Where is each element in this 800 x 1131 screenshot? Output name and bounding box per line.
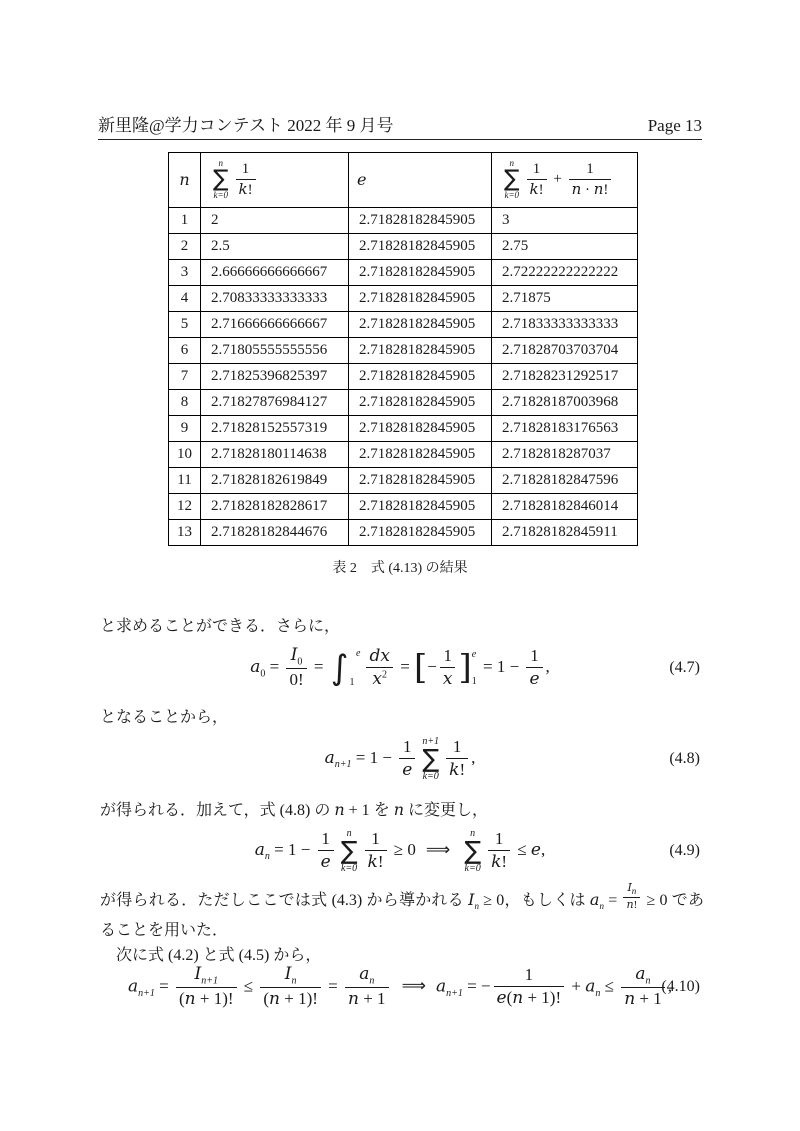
table-row: 42.708333333333332.718281828459052.71875 [169, 286, 638, 312]
col-header-n: n [169, 153, 201, 208]
text-run: となることから， [100, 709, 228, 726]
table-row: 102.718281801146382.718281828459052.7182… [169, 442, 638, 468]
table-cell: 2.71828152557319 [201, 416, 349, 442]
table-cell: 2.71828182844676 [201, 520, 349, 546]
table-cell: 2.71828182845905 [349, 390, 492, 416]
equation-4-8-body: an+1 = 1 − 1en+1∑k=01k!, [325, 736, 476, 782]
table-body: 122.71828182845905322.52.718281828459052… [169, 208, 638, 546]
results-table: n n∑k=01k! e n∑k=01k! + 1n · n! 122.7182… [168, 152, 638, 546]
table-row: 122.718281828286172.718281828459052.7182… [169, 494, 638, 520]
table-cell: 2.71833333333333 [492, 312, 638, 338]
table-cell: 2.71828182845905 [349, 364, 492, 390]
inline-math-an-frac: an = Inn! ≥ 0 [590, 892, 668, 909]
table-caption: 表 2 式 (4.13) の結果 [100, 557, 700, 577]
table-header-row: n n∑k=01k! e n∑k=01k! + 1n · n! [169, 153, 638, 208]
table-cell: 2.71828182845905 [349, 468, 492, 494]
table-cell: 2.71828182845905 [349, 208, 492, 234]
table-cell: 2.71828182845905 [349, 234, 492, 260]
header-rule [98, 139, 702, 140]
table-cell: 5 [169, 312, 201, 338]
table-cell: 2.71828182845905 [349, 494, 492, 520]
table-cell: 7 [169, 364, 201, 390]
col-header-e: e [349, 153, 492, 208]
table-cell: 2.71828182845905 [349, 520, 492, 546]
equation-4-10-body: an+1 = In+1(n + 1)! ≤ In(n + 1)! = ann +… [128, 965, 672, 1010]
table-cell: 2.66666666666667 [201, 260, 349, 286]
table-row: 72.718253968253972.718281828459052.71828… [169, 364, 638, 390]
table-row: 62.718055555555562.718281828459052.71828… [169, 338, 638, 364]
table-cell: 2.5 [201, 234, 349, 260]
table-cell: 12 [169, 494, 201, 520]
var-e: e [357, 170, 366, 189]
paragraph-4: が得られる．ただしここでは式 (4.3) から導かれる In ≥ 0，もしくは … [100, 882, 704, 946]
equation-4-7-body: a0 = I00! = ∫e1dxx2 = [−1x]e1 = 1 − 1e, [250, 646, 550, 690]
table-row: 82.718278769841272.718281828459052.71828… [169, 390, 638, 416]
page-number: Page 13 [648, 116, 702, 136]
table-cell: 3 [492, 208, 638, 234]
col-header-partial-sum: n∑k=01k! [201, 153, 349, 208]
partial-sum-formula: n∑k=01k! [209, 171, 259, 187]
table-cell: 2.71825396825397 [201, 364, 349, 390]
table-row: 22.52.718281828459052.75 [169, 234, 638, 260]
running-head: 新里隆@学力コンテスト 2022 年 9 月号 Page 13 [98, 111, 702, 136]
table-cell: 8 [169, 390, 201, 416]
table-row: 32.666666666666672.718281828459052.72222… [169, 260, 638, 286]
table-cell: 2.70833333333333 [201, 286, 349, 312]
table-cell: 2.75 [492, 234, 638, 260]
text-run: ，もしくは [504, 892, 590, 909]
table-row: 92.718281525573192.718281828459052.71828… [169, 416, 638, 442]
equation-4-7-number: (4.7) [669, 659, 700, 677]
table-cell: 2.71828182845905 [349, 286, 492, 312]
table-cell: 2 [201, 208, 349, 234]
inline-math-n-plus-1: n + 1 [334, 802, 369, 819]
table-cell: 2.71828187003968 [492, 390, 638, 416]
table-cell: 10 [169, 442, 201, 468]
table-row: 122.718281828459053 [169, 208, 638, 234]
equation-4-9-body: an = 1 − 1en∑k=01k! ≥ 0⟹n∑k=01k! ≤ e, [255, 828, 545, 874]
table-row: 52.716666666666672.718281828459052.71833… [169, 312, 638, 338]
sum-plus-term-formula: n∑k=01k! + 1n · n! [500, 171, 614, 187]
table-cell: 13 [169, 520, 201, 546]
text-run: と求めることができる．さらに， [100, 618, 340, 635]
table-cell: 2.71805555555556 [201, 338, 349, 364]
running-head-title: 新里隆@学力コンテスト 2022 年 9 月号 [98, 111, 393, 136]
table-cell: 2.71828231292517 [492, 364, 638, 390]
table-cell: 9 [169, 416, 201, 442]
table-cell: 2.71828182845905 [349, 338, 492, 364]
table-cell: 2.71828182846014 [492, 494, 638, 520]
text-run: が得られる．ただしここでは式 (4.3) から導かれる [100, 892, 468, 909]
table-cell: 4 [169, 286, 201, 312]
table-cell: 3 [169, 260, 201, 286]
table-cell: 11 [169, 468, 201, 494]
table-cell: 2 [169, 234, 201, 260]
table-cell: 2.71666666666667 [201, 312, 349, 338]
equation-4-10-number: (4.10) [661, 978, 700, 996]
equation-4-10: an+1 = In+1(n + 1)! ≤ In(n + 1)! = ann +… [100, 958, 700, 1016]
text-run: に変更し， [404, 802, 488, 819]
document-page: 新里隆@学力コンテスト 2022 年 9 月号 Page 13 n n∑k=01… [0, 0, 800, 1131]
table-row: 112.718281826198492.718281828459052.7182… [169, 468, 638, 494]
table-cell: 2.71828182845911 [492, 520, 638, 546]
table-cell: 2.71828182845905 [349, 312, 492, 338]
table-cell: 2.71828182845905 [349, 416, 492, 442]
table-cell: 6 [169, 338, 201, 364]
table-cell: 2.71827876984127 [201, 390, 349, 416]
table-cell: 2.72222222222222 [492, 260, 638, 286]
equation-4-9: an = 1 − 1en∑k=01k! ≥ 0⟹n∑k=01k! ≤ e, (4… [100, 818, 700, 884]
table-cell: 2.71828182845905 [349, 442, 492, 468]
equation-4-8-number: (4.8) [669, 750, 700, 768]
table-cell: 2.71828182828617 [201, 494, 349, 520]
var-n: n [179, 170, 189, 189]
table-cell: 2.71875 [492, 286, 638, 312]
equation-4-7: a0 = I00! = ∫e1dxx2 = [−1x]e1 = 1 − 1e, … [100, 636, 700, 700]
text-run: が得られる．加えて，式 (4.8) の [100, 802, 334, 819]
table-cell: 2.71828182619849 [201, 468, 349, 494]
table-cell: 2.71828183176563 [492, 416, 638, 442]
table-cell: 2.7182818287037 [492, 442, 638, 468]
results-table-wrap: n n∑k=01k! e n∑k=01k! + 1n · n! 122.7182… [168, 152, 638, 546]
table-cell: 2.71828182845905 [349, 260, 492, 286]
text-run: を [370, 802, 394, 819]
table-row: 132.718281828446762.718281828459052.7182… [169, 520, 638, 546]
table-cell: 2.71828703703704 [492, 338, 638, 364]
table-cell: 1 [169, 208, 201, 234]
col-header-sum-plus-term: n∑k=01k! + 1n · n! [492, 153, 638, 208]
inline-math-In-ge-0: In ≥ 0 [468, 892, 504, 909]
table-cell: 2.71828180114638 [201, 442, 349, 468]
equation-4-9-number: (4.9) [669, 842, 700, 860]
table-cell: 2.71828182847596 [492, 468, 638, 494]
inline-math-n: n [394, 802, 404, 819]
equation-4-8: an+1 = 1 − 1en+1∑k=01k!, (4.8) [100, 726, 700, 792]
